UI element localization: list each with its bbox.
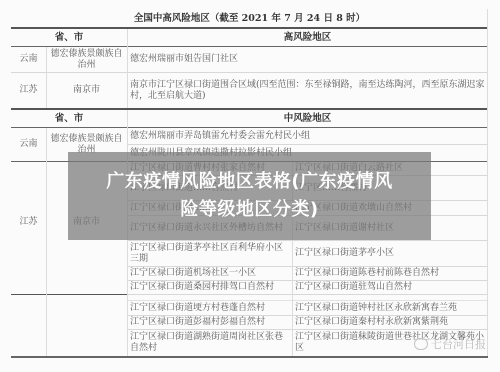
table-row: 江苏 南京市 南京市江宁区禄口街道围合区域(四至范围：东至禄铜路，南至达练陶河，… (11, 73, 488, 108)
header-province: 省、市 (11, 29, 127, 46)
overlay-title-line1: 广东疫情风险地区表格(广东疫情风 (68, 170, 431, 194)
table-row: 江宁区禄口街道彭福村彭福自然村 江宁区禄口街道秦村村永欣新寓紫荆苑 (11, 316, 488, 329)
high-risk-header-row: 省、市 高风险地区 (11, 29, 488, 46)
city-cell: 南京市 (46, 73, 127, 108)
area-cell: 德宏州瑞丽市姐告国门社区 (127, 47, 488, 72)
area-cell: 江宁区禄口街道秦村村永欣新寓紫荆苑 (292, 316, 488, 329)
table-bottom-border (11, 356, 488, 358)
area-cell: 德宏州瑞丽市弄岛镇雷允村委会雷允村民小组 (127, 128, 488, 144)
province-cell: 云南 (11, 47, 46, 72)
area-cell: 江宁区禄口街道钟村社区永欣新寓春兰苑 (292, 301, 488, 315)
area-cell: 江宁区禄口街道桑园村排驾口自然村 (127, 281, 292, 294)
city-cell: 德宏傣族景颇族自治州 (46, 47, 127, 72)
area-cell: 江宁区禄口街道机场社区一小区 (127, 267, 292, 280)
table-title-row: 全国中高风险地区（截至 2021 年 7 月 24 日 8 时） (11, 9, 488, 27)
area-cell: 江宁区禄口街道茅亭小区 (292, 241, 488, 266)
table-title: 全国中高风险地区（截至 2021 年 7 月 24 日 8 时） (11, 9, 488, 27)
table-row: 江宁区禄口街道茅亭社区百利华府小区三期 江宁区禄口街道茅亭小区 (11, 241, 488, 266)
area-cell: 江宁区禄口街道湖熟街道周岗社区张巷自然村 (127, 330, 292, 356)
table-row: 云南 德宏傣族景颇族自治州 德宏州瑞丽市姐告国门社区 (11, 47, 488, 72)
header-province: 省、市 (11, 110, 127, 127)
province-cell: 江苏 (11, 73, 46, 108)
watermark-text: 七台河日报 (431, 336, 486, 352)
area-cell: 江宁区禄口街道茅亭社区百利华府小区三期 (127, 241, 292, 266)
area-cell: 江宁区禄口街道陈巷村前陈巷自然村 (292, 267, 488, 280)
area-cell: 南京市江宁区禄口街道围合区域(四至范围：东至禄铜路，南至达练陶河，西至原东湖迟家… (127, 73, 488, 108)
wechat-icon (414, 338, 428, 350)
divider (127, 144, 488, 145)
medium-risk-header-row: 省、市 中风险地区 (11, 110, 488, 127)
area-cell: 江宁区禄口街道驻驾山自然村 (292, 281, 488, 294)
page-break-line (11, 294, 128, 295)
title-overlay-banner: 广东疫情风险地区表格(广东疫情风 险等级地区分类) (68, 152, 431, 240)
document-page: 全国中高风险地区（截至 2021 年 7 月 24 日 8 时） 省、市 高风险… (0, 0, 500, 372)
table-row: 江宁区禄口街道机场社区一小区 江宁区禄口街道陈巷村前陈巷自然村 (11, 267, 488, 280)
area-cell: 江宁区禄口街道彭福村彭福自然村 (127, 316, 292, 329)
table-row: 江宁区禄口街道桑园村排驾口自然村 江宁区禄口街道驻驾山自然村 (11, 281, 488, 294)
watermark: 七台河日报 (414, 336, 486, 352)
province-cell: 云南 (11, 128, 46, 161)
header-high-risk-area: 高风险地区 (127, 29, 488, 46)
area-cell: 江宁区禄口街道埂方村巷蓬自然村 (127, 301, 292, 315)
header-medium-risk-area: 中风险地区 (127, 110, 488, 127)
overlay-title-line2: 险等级地区分类) (68, 198, 431, 222)
table-row: 江宁区禄口街道埂方村巷蓬自然村 江宁区禄口街道钟村社区永欣新寓春兰苑 (11, 301, 488, 315)
